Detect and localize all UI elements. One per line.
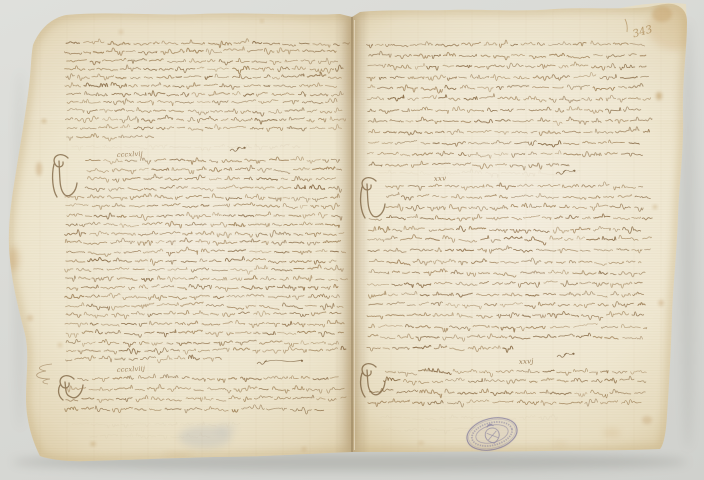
section-number-heading: xxvj (519, 357, 535, 366)
section-number-heading: cccxlviij (117, 365, 146, 374)
section-number-heading: cccxlvij (117, 150, 143, 159)
manuscript-photo: cccxlvijcccxlviij xxvxxvj 343 (0, 0, 704, 480)
manuscript-bifolium: cccxlvijcccxlviij xxvxxvj 343 (0, 0, 704, 480)
section-number-heading: xxv (434, 174, 447, 183)
